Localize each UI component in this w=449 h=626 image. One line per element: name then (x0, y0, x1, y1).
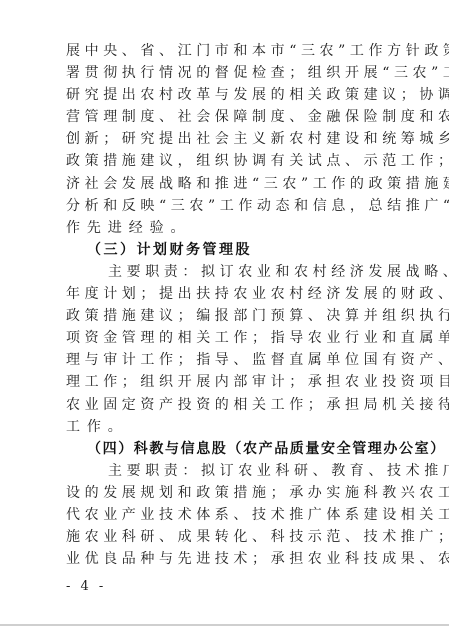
page-number: - 4 - (66, 578, 106, 596)
section-heading-3: （三）计划财务管理股 (66, 239, 386, 261)
document-body: 展中央、省、江门市和本市“三农”工作方针政策、决策部 署贯彻执行情况的督促检查；… (66, 40, 386, 570)
body-line: 济社会发展战略和推进“三农”工作的政策措施建议；综合 (66, 173, 386, 195)
body-line: 工作。 (66, 416, 386, 438)
body-line: 项资金管理的相关工作；指导农业行业和直属单位的财务管 (66, 327, 386, 349)
body-line: 业优良品种与先进技术；承担农业科技成果、农业植物新品 (66, 548, 386, 570)
document-page: 展中央、省、江门市和本市“三农”工作方针政策、决策部 署贯彻执行情况的督促检查；… (0, 0, 449, 624)
body-line: 代农业产业技术体系、技术推广体系建设相关工作；组织实 (66, 504, 386, 526)
body-line: 研究提出农村改革与发展的相关政策建议；协调推进农村经 (66, 84, 386, 106)
section-heading-4: （四）科教与信息股（农产品质量安全管理办公室） (66, 438, 386, 460)
body-line: 营管理制度、社会保障制度、金融保险制度和农牧体制改革 (66, 106, 386, 128)
body-line: 政策措施建议；编报部门预算、决算并组织执行；协调财政专 (66, 305, 386, 327)
body-line: 施农业科研、成果转化、科技示范、技术推广；组织引进农 (66, 526, 386, 548)
body-line: 主要职责：拟订农业科研、教育、技术推广及其队伍建 (66, 460, 386, 482)
body-line: 年度计划；提出扶持农业农村经济发展的财政、信贷等有关 (66, 283, 386, 305)
body-line: 分析和反映“三农”工作动态和信息，总结推广“三农”工 (66, 195, 386, 217)
body-line: 主要职责：拟订农业和农村经济发展战略、发展规划和 (66, 261, 386, 283)
body-line: 理与审计工作；指导、监督直属单位国有资产、政府采购管 (66, 349, 386, 371)
body-line: 创新；研究提出社会主义新农村建设和统筹城乡发展的相关 (66, 128, 386, 150)
body-line: 作先进经验。 (66, 217, 386, 239)
body-line: 署贯彻执行情况的督促检查；组织开展“三农”工作调研， (66, 62, 386, 84)
body-line: 农业固定资产投资的相关工作；承担局机关接待、车辆管理 (66, 394, 386, 416)
body-line: 政策措施建议，组织协调有关试点、示范工作；提出农村经 (66, 150, 386, 172)
body-line: 展中央、省、江门市和本市“三农”工作方针政策、决策部 (66, 40, 386, 62)
body-line: 理工作；组织开展内部审计；承担农业投资项目的立项审查、 (66, 371, 386, 393)
body-line: 设的发展规划和政策措施；承办实施科教兴农工作；承担现 (66, 482, 386, 504)
